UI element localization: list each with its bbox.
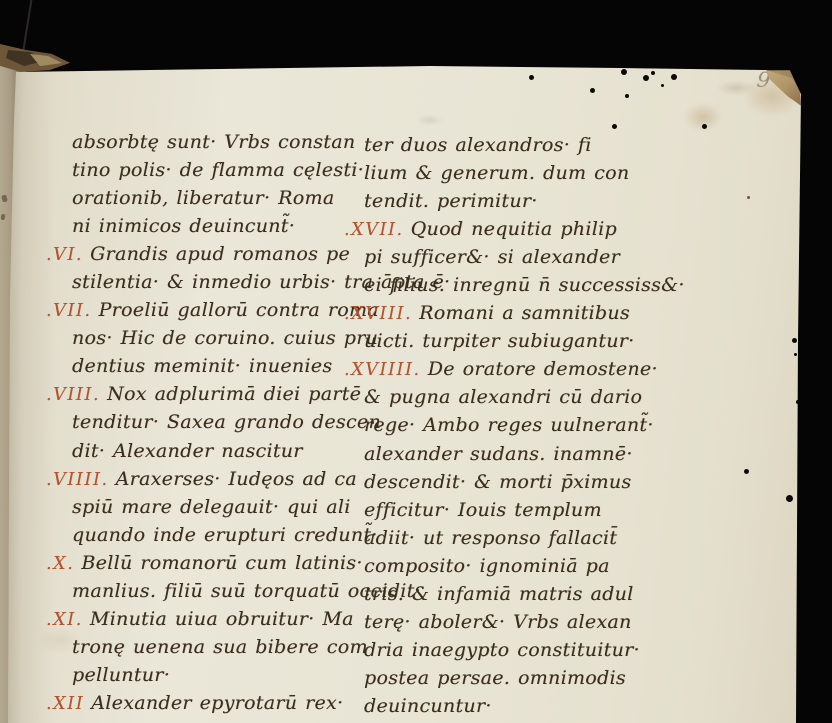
text-line: descendit· & morti p̄ximus — [344, 468, 704, 496]
text-line: pelluntur· — [46, 661, 382, 689]
wormhole-dot — [625, 94, 629, 98]
line-text: efficitur· Iouis templum — [364, 496, 602, 524]
line-text: tris. & infamiā matris adul — [364, 580, 634, 608]
text-line: postea persae. omnimodis — [344, 664, 704, 692]
text-line: quando inde erupturi credunt̃· — [46, 521, 382, 549]
wormhole-dot — [643, 75, 649, 81]
text-line: manlius. filiū suū torquatū occidit· — [46, 577, 382, 605]
text-line: uicti. turpiter subiugantur· — [344, 327, 704, 355]
wormhole-dot — [702, 124, 707, 129]
text-line: tenditur· Saxea grando descen — [46, 408, 382, 436]
line-text: Romani a samnitibus — [419, 302, 630, 324]
text-line: .XI.Minutia uiua obruitur· Ma — [46, 605, 382, 633]
line-text: pelluntur· — [72, 661, 170, 689]
line-text: dentius meminit· inuenies — [72, 352, 332, 380]
text-line: alexander sudans. inamnē· — [344, 440, 704, 468]
line-text: stilentia· & inmedio urbis· tra āpta ē· — [72, 268, 450, 296]
line-text: Quod nequitia philip — [411, 218, 617, 240]
text-line: absorbtę sunt· Vrbs constan — [46, 128, 382, 156]
line-text: uicti. turpiter subiugantur· — [364, 327, 635, 355]
line-text: ter duos alexandros· fi — [364, 131, 592, 159]
text-line: & pugna alexandri cū dario — [344, 383, 704, 411]
line-text: manlius. filiū suū torquatū occidit· — [72, 577, 421, 605]
line-text: ei filius. inregnū n̄ successiss&· — [364, 271, 685, 299]
line-text: adiit· ut responso fallacit̄ — [364, 524, 617, 552]
line-text: ni inimicos deuincunt̃· — [72, 212, 295, 240]
line-text: lium & generum. dum con — [364, 159, 629, 187]
text-line: tronę uenena sua bibere com — [46, 633, 382, 661]
text-line: ter duos alexandros· fi — [344, 131, 704, 159]
line-text: dit· Alexander nascitur — [72, 437, 303, 465]
text-line: orationib, liberatur· Roma — [46, 184, 382, 212]
chapter-numeral: .XI. — [46, 610, 83, 630]
line-text: composito· ignominiā pa — [364, 552, 610, 580]
wormhole-dot — [792, 338, 797, 343]
text-line: nos· Hic de coruino. cuius pru — [46, 324, 382, 352]
text-line: composito· ignominiā pa — [344, 552, 704, 580]
text-line: .VI.Grandis apud romanos pe — [46, 240, 382, 268]
stain — [716, 80, 756, 96]
line-text: rege· Ambo reges uulnerant̃· — [364, 411, 654, 439]
line-text: postea persae. omnimodis — [364, 664, 626, 692]
wormhole-dot — [786, 495, 793, 502]
text-line: .VIII.Nox adplurimā diei partē — [46, 380, 382, 408]
line-text: deuincuntur· — [364, 692, 492, 720]
wormhole-dot — [612, 124, 617, 129]
text-line: tino polis· de flamma cęlesti· — [46, 156, 382, 184]
manuscript-page: 9 absorbtę sunt· Vrbs constantino polis·… — [0, 0, 832, 723]
text-line: .VIIII.Araxerses· Iudęos ad ca — [46, 465, 382, 493]
text-line: .XVIIII.De oratore demostene· — [344, 355, 704, 383]
line-text: Proeliū gallorū contra roma — [99, 299, 379, 321]
text-line: lium & generum. dum con — [344, 159, 704, 187]
line-text: terę· aboler&· Vrbs alexan — [364, 608, 632, 636]
text-line: stilentia· & inmedio urbis· tra āpta ē· — [46, 268, 382, 296]
line-text: orationib, liberatur· Roma — [72, 184, 334, 212]
text-line: ei filius. inregnū n̄ successiss&· — [344, 271, 704, 299]
text-line: .X.Bellū romanorū cum latinis· — [46, 549, 382, 577]
line-text: tendit. perimitur· — [364, 187, 538, 215]
line-text: pi sufficer&· si alexander — [364, 243, 620, 271]
chapter-numeral: .X. — [46, 554, 74, 574]
line-text: descendit· & morti p̄ximus — [364, 468, 631, 496]
text-line: efficitur· Iouis templum — [344, 496, 704, 524]
line-text: spiū mare delegauit· qui ali — [72, 493, 351, 521]
line-text: alexander sudans. inamnē· — [364, 440, 633, 468]
text-line: dria inaegypto constituitur· — [344, 636, 704, 664]
wormhole-dot — [744, 469, 749, 474]
wormhole-dot — [621, 69, 627, 75]
text-line: dit· Alexander nascitur — [46, 437, 382, 465]
chapter-numeral: .XVIIII. — [344, 360, 421, 380]
text-line: terę· aboler&· Vrbs alexan — [344, 608, 704, 636]
text-line: pi sufficer&· si alexander — [344, 243, 704, 271]
text-line: spiū mare delegauit· qui ali — [46, 493, 382, 521]
chapter-numeral: .VII. — [46, 301, 92, 321]
line-text: quando inde erupturi credunt̃· — [72, 521, 378, 549]
chapter-numeral: .XVII. — [344, 220, 404, 240]
wormhole-dot — [529, 75, 534, 80]
wormhole-dot — [794, 353, 797, 356]
text-line: tendit. perimitur· — [344, 187, 704, 215]
text-line: ni inimicos deuincunt̃· — [46, 212, 382, 240]
line-text: absorbtę sunt· Vrbs constan — [72, 128, 355, 156]
text-line: tris. & infamiā matris adul — [344, 580, 704, 608]
stain — [416, 114, 444, 126]
text-line: rege· Ambo reges uulnerant̃· — [344, 411, 704, 439]
manuscript-photo: 9 absorbtę sunt· Vrbs constantino polis·… — [0, 0, 832, 723]
chapter-numeral: .VI. — [46, 245, 83, 265]
right-column: ter duos alexandros· filium & generum. d… — [344, 131, 704, 720]
line-text: tenditur· Saxea grando descen — [72, 408, 381, 436]
chapter-numeral: .VIIII. — [46, 470, 109, 490]
line-text: Nox adplurimā diei partē — [107, 383, 361, 405]
text-line: adiit· ut responso fallacit̄ — [344, 524, 704, 552]
text-line: .VII.Proeliū gallorū contra roma — [46, 296, 382, 324]
chapter-numeral: .VIII. — [46, 385, 100, 405]
line-text: nos· Hic de coruino. cuius pru — [72, 324, 378, 352]
line-text: De oratore demostene· — [428, 358, 658, 380]
line-text: Grandis apud romanos pe — [90, 243, 350, 265]
line-text: & pugna alexandri cū dario — [364, 383, 642, 411]
text-line: .XVII.Quod nequitia philip — [344, 215, 704, 243]
wormhole-dot — [651, 71, 655, 75]
left-column: absorbtę sunt· Vrbs constantino polis· d… — [46, 128, 382, 717]
wormhole-dot — [796, 400, 800, 404]
line-text: tronę uenena sua bibere com — [72, 633, 368, 661]
line-text: Araxerses· Iudęos ad ca — [116, 468, 357, 490]
text-line: .XVIII.Romani a samnitibus — [344, 299, 704, 327]
text-line: dentius meminit· inuenies — [46, 352, 382, 380]
wormhole-dot — [590, 88, 595, 93]
stain — [38, 626, 82, 654]
line-text: Bellū romanorū cum latinis· — [81, 552, 362, 574]
chapter-numeral: .XVIII. — [344, 304, 412, 324]
line-text: Minutia uiua obruitur· Ma — [90, 608, 354, 630]
text-line: deuincuntur· — [344, 692, 704, 720]
line-text: dria inaegypto constituitur· — [364, 636, 640, 664]
text-line: .XIIAlexander epyrotarū rex· — [46, 689, 382, 717]
line-text: Alexander epyrotarū rex· — [91, 692, 343, 714]
chapter-numeral: .XII — [46, 694, 84, 714]
line-text: tino polis· de flamma cęlesti· — [72, 156, 364, 184]
wormhole-dot — [661, 84, 664, 87]
wormhole-dot — [671, 74, 677, 80]
wormhole-dot — [747, 196, 750, 199]
